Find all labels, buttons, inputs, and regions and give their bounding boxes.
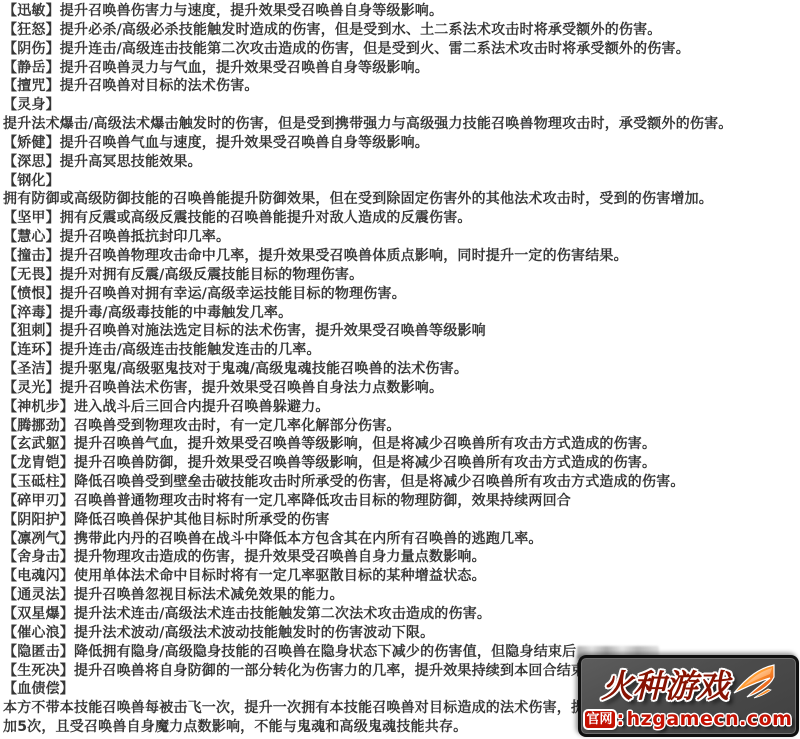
skill-line: 【钢化】 bbox=[3, 172, 800, 191]
skill-line: 【矫健】提升召唤兽气血与速度，提升效果受召唤兽自身等级影响。 bbox=[3, 134, 800, 153]
skill-line: 【静岳】提升召唤兽灵力与气血，提升效果受召唤兽自身等级影响。 bbox=[3, 59, 800, 78]
skill-line: 【狙刺】提升召唤兽对施法选定目标的法术伤害，提升效果受召唤兽等级影响 bbox=[3, 322, 800, 341]
skill-line: 【狂怒】提升必杀/高级必杀技能触发时造成的伤害，但是受到水、土二系法术攻击时将承… bbox=[3, 21, 800, 40]
skill-line: 【阴伤】提升连击/高级连击技能第二次攻击造成的伤害，但是受到火、雷二系法术攻击时… bbox=[3, 40, 800, 59]
skill-list: 【迅敏】提升召唤兽伤害力与速度，提升效果受召唤兽自身等级影响。【狂怒】提升必杀/… bbox=[3, 2, 800, 737]
skill-line: 【电魂闪】使用单体法术命中目标时将有一定几率驱散目标的某种增益状态。 bbox=[3, 567, 800, 586]
skill-line: 【腾挪劲】召唤兽受到物理攻击时，有一定几率化解部分伤害。 bbox=[3, 417, 800, 436]
skill-line: 【淬毒】提升毒/高级毒技能的中毒触发几率。 bbox=[3, 304, 800, 323]
site-prefix-badge: 官网 bbox=[585, 711, 615, 728]
skill-line: 【擅咒】提升召唤兽对目标的法术伤害。 bbox=[3, 77, 800, 96]
skill-line: 【连环】提升连击/高级连击技能触发连击的几率。 bbox=[3, 341, 800, 360]
skill-line: 提升法术爆击/高级法术爆击触发时的伤害，但是受到携带强力与高级强力技能召唤兽物理… bbox=[3, 115, 800, 134]
skill-line: 【圣洁】提升驱鬼/高级驱鬼技对于鬼魂/高级鬼魂技能召唤兽的法术伤害。 bbox=[3, 360, 800, 379]
skill-line: 【阴阳护】降低召唤兽保护其他目标时所承受的伤害 bbox=[3, 511, 800, 530]
watermark-title: 火种游戏 bbox=[601, 661, 729, 707]
skill-line: 【迅敏】提升召唤兽伤害力与速度，提升效果受召唤兽自身等级影响。 bbox=[3, 2, 800, 21]
skill-line: 【慧心】提升召唤兽抵抗封印几率。 bbox=[3, 228, 800, 247]
skill-line: 【无畏】提升对拥有反震/高级反震技能目标的物理伤害。 bbox=[3, 266, 800, 285]
flame-icon bbox=[730, 663, 776, 701]
skill-line: 【撞击】提升召唤兽物理攻击命中几率，提升效果受召唤兽体质点影响，同时提升一定的伤… bbox=[3, 247, 800, 266]
watermark-title-row: 火种游戏 bbox=[586, 661, 791, 707]
skill-line: 【灵光】提升召唤兽法术伤害，提升效果受召唤兽自身法力点数影响。 bbox=[3, 379, 800, 398]
site-domain: hzgamecn.com bbox=[627, 708, 793, 730]
skill-line: 【玄武躯】提升召唤兽气血，提升效果受召唤兽等级影响，但是将减少召唤兽所有攻击方式… bbox=[3, 435, 800, 454]
skill-line: 【愤恨】提升召唤兽对拥有幸运/高级幸运技能目标的物理伤害。 bbox=[3, 285, 800, 304]
skill-line: 【深思】提升高冥思技能效果。 bbox=[3, 153, 800, 172]
watermark-site-row: 官网 : hzgamecn.com bbox=[586, 708, 791, 730]
skill-line: 【灵身】 bbox=[3, 96, 800, 115]
skill-line: 【神机步】进入战斗后三回合内提升召唤兽躲避力。 bbox=[3, 398, 800, 417]
skill-line: 拥有防御或高级防御技能的召唤兽能提升防御效果，但在受到除固定伤害外的其他法术攻击… bbox=[3, 190, 800, 209]
skill-line: 【凛冽气】携带此内丹的召唤兽在战斗中降低本方包含其在内所有召唤兽的逃跑几率。 bbox=[3, 530, 800, 549]
huozhong-games-watermark: 火种游戏 官网 : bbox=[578, 655, 799, 737]
skill-line: 【玉砥柱】降低召唤兽受到壁垒击破技能攻击时所承受的伤害，但是将减少召唤兽所有攻击… bbox=[3, 473, 800, 492]
skill-line: 【通灵法】提升召唤兽忽视目标法术减免效果的能力。 bbox=[3, 586, 800, 605]
skill-line: 【舍身击】提升物理攻击造成的伤害，提升效果受召唤兽自身力量点数影响。 bbox=[3, 548, 800, 567]
skill-line: 【催心浪】提升法术波动/高级法术波动技能触发时的伤害波动下限。 bbox=[3, 624, 800, 643]
skill-line: 【坚甲】拥有反震或高级反震技能的召唤兽能提升对敌人造成的反震伤害。 bbox=[3, 209, 800, 228]
site-colon: : bbox=[617, 708, 625, 730]
skill-line: 【双星爆】提升法术连击/高级法术连击技能触发第二次法术攻击造成的伤害。 bbox=[3, 605, 800, 624]
skill-line: 【龙胄铠】提升召唤兽防御，提升效果受召唤兽等级影响，但是将减少召唤兽所有攻击方式… bbox=[3, 454, 800, 473]
skill-line: 【碎甲刃】召唤兽普通物理攻击时将有一定几率降低攻击目标的物理防御，效果持续两回合 bbox=[3, 492, 800, 511]
